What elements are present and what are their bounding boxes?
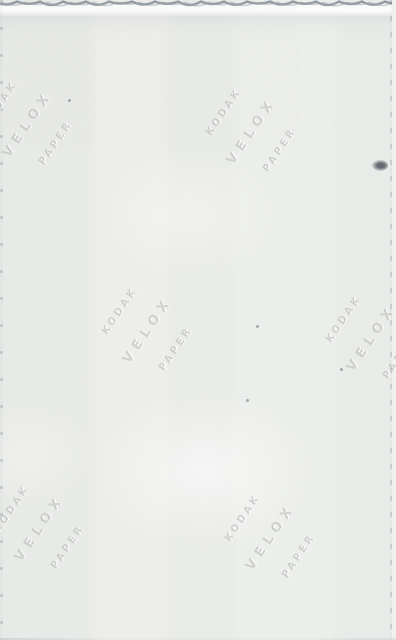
- scanner-background-strip: [392, 0, 396, 640]
- watermark-word-kodak: KODAK: [100, 285, 140, 336]
- deckle-wave-dark: [0, 2, 396, 6]
- kodak-velox-watermark: KODAK VELOX PAPER: [0, 463, 105, 593]
- photo-back-scan: KODAK VELOX PAPER KODAK VELOX PAPER KODA…: [0, 0, 396, 640]
- watermark-word-kodak: KODAK: [0, 483, 32, 534]
- left-paper-edge: [0, 0, 3, 640]
- dust-speck: [340, 368, 343, 371]
- dust-speck: [68, 99, 71, 102]
- watermark-word-paper: PAPER: [280, 532, 318, 580]
- kodak-velox-watermark: KODAK VELOX PAPER: [0, 59, 93, 189]
- watermark-word-velox: VELOX: [120, 294, 176, 367]
- watermark-word-velox: VELOX: [0, 88, 56, 161]
- paper-grain-texture: [0, 0, 300, 150]
- kodak-velox-watermark: KODAK VELOX PAPER: [206, 472, 336, 602]
- watermark-word-velox: VELOX: [12, 492, 68, 565]
- watermark-word-paper: PAPER: [37, 119, 75, 167]
- watermark-word-kodak: KODAK: [324, 293, 364, 344]
- ink-smudge: [372, 160, 388, 171]
- kodak-velox-watermark: KODAK VELOX PAPER: [307, 273, 396, 403]
- kodak-velox-watermark: KODAK VELOX PAPER: [187, 66, 317, 196]
- watermark-word-paper: PAPER: [261, 126, 299, 174]
- right-paper-edge: [390, 0, 392, 640]
- watermark-word-paper: PAPER: [49, 523, 87, 571]
- kodak-velox-watermark: KODAK VELOX PAPER: [83, 265, 213, 395]
- watermark-word-paper: PAPER: [157, 325, 195, 373]
- watermark-word-kodak: KODAK: [204, 86, 244, 137]
- dust-speck: [246, 399, 249, 402]
- watermark-word-kodak: KODAK: [223, 492, 263, 543]
- deckle-top-edge: [0, 0, 396, 12]
- dust-speck: [256, 325, 259, 328]
- watermark-word-velox: VELOX: [224, 95, 280, 168]
- watermark-word-velox: VELOX: [344, 302, 396, 375]
- watermark-word-velox: VELOX: [243, 501, 299, 574]
